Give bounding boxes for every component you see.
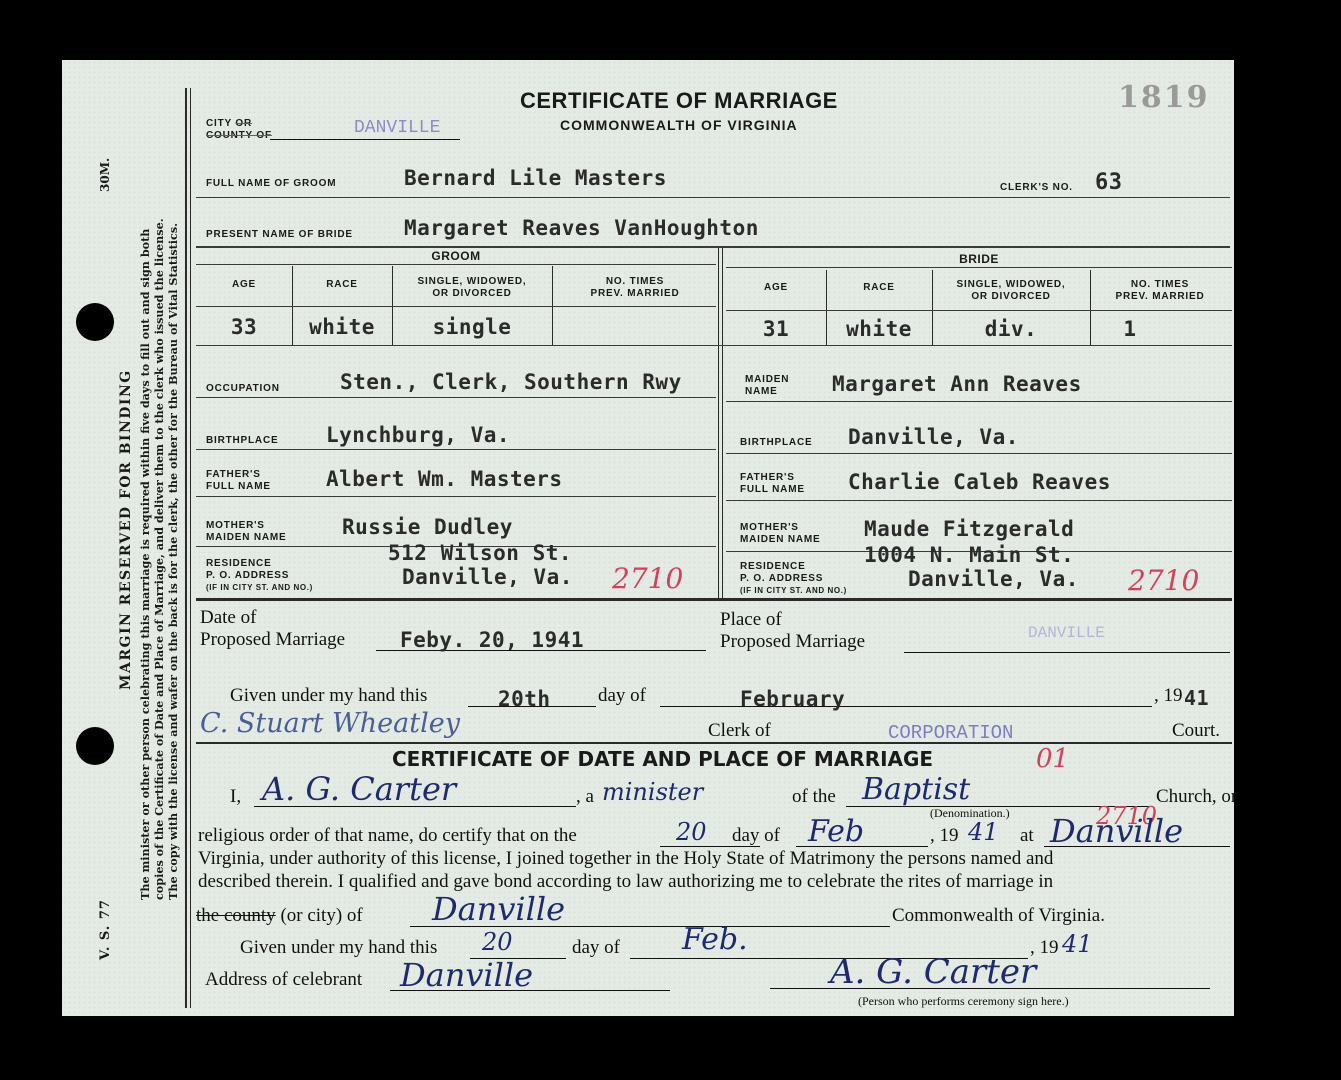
groom-mother-label-2: Maiden Name <box>206 532 286 543</box>
groom-mother-value: Russie Dudley <box>342 515 513 539</box>
margin-instruction-1: The minister or other person celebrating… <box>138 229 152 900</box>
groom-col-status: Single, Widowed, <box>418 276 527 287</box>
ceremony-day: 20 <box>676 818 707 846</box>
ceremony-heading: Certificate of Date and Place of Marriag… <box>392 747 933 771</box>
center-divider <box>722 248 723 600</box>
rule <box>726 401 1232 402</box>
rule <box>196 397 716 398</box>
commonwealth-label: Commonwealth of Virginia. <box>892 905 1105 927</box>
bride-father-value: Charlie Caleb Reaves <box>848 470 1111 494</box>
maiden-name-label: Maiden <box>745 374 789 385</box>
groom-race: white <box>292 315 392 339</box>
section-rule <box>196 742 1232 744</box>
clerk-year-prefix: , 19 <box>1154 685 1183 707</box>
groom-col-times-2: Prev. Married <box>591 288 680 299</box>
celebrant-address: Danville <box>400 956 533 994</box>
groom-father-label-2: Full Name <box>206 481 271 492</box>
rule <box>726 267 1232 268</box>
bride-col-status-2: or Divorced <box>971 291 1050 302</box>
center-divider <box>718 248 719 600</box>
bride-mother-label-2: Maiden Name <box>740 534 820 545</box>
ceremony-red-mark: 01 <box>1036 744 1069 774</box>
rule <box>196 306 716 307</box>
bride-col-times-2: Prev. Married <box>1116 291 1205 302</box>
groom-father-label: Father's <box>206 469 261 480</box>
proposed-place-stamp: DANVILLE <box>1028 624 1105 642</box>
ceremony-line3: Virginia, under authority of this licens… <box>198 848 1053 870</box>
groom-residence-code: 2710 <box>612 562 683 595</box>
groom-name-value: Bernard Lile Masters <box>404 166 667 190</box>
maiden-name-value: Margaret Ann Reaves <box>832 372 1082 396</box>
bride-times-married: 1 <box>1090 317 1170 341</box>
ceremony-year-prefix: 19 <box>940 825 959 846</box>
ceremony-year: 41 <box>968 818 999 846</box>
margin-rule <box>185 88 187 1008</box>
groom-heading: Groom <box>196 249 716 263</box>
groom-col-status-2: or Divorced <box>432 288 511 299</box>
margin-instruction-2: copies of the Certificate of Date and Pl… <box>152 218 166 900</box>
ceremony-given-day: 20 <box>482 928 513 956</box>
groom-residence-label-2: P. O. Address <box>206 570 289 581</box>
form-code: V. S. 77 <box>98 899 113 960</box>
rule <box>726 453 1232 454</box>
groom-age: 33 <box>196 315 292 339</box>
ceremony-line2: religious order of that name, do certify… <box>198 825 577 847</box>
groom-birthplace-value: Lynchburg, Va. <box>326 423 510 447</box>
groom-col-age: Age <box>196 279 292 291</box>
city-label: City or County of <box>206 118 272 142</box>
bride-birthplace-value: Danville, Va. <box>848 425 1019 449</box>
rule <box>196 496 716 497</box>
groom-residence-street: 512 Wilson St. <box>388 541 572 565</box>
underline <box>904 652 1230 653</box>
groom-mother-label: Mother's <box>206 520 265 531</box>
maiden-name-label-2: Name <box>745 386 778 397</box>
signature-caption: (Person who performs ceremony sign here.… <box>858 994 1069 1009</box>
clerk-given-day: 20th <box>498 687 551 711</box>
struck-county: the county <box>196 905 276 926</box>
ceremony-given-year: 41 <box>1062 930 1093 958</box>
occupation-label: Occupation <box>206 383 280 395</box>
punch-hole <box>76 303 114 341</box>
church-or-label: Church, or <box>1156 786 1237 808</box>
court-label: Court. <box>1172 720 1220 742</box>
bride-residence-label: Residence <box>740 561 806 572</box>
ceremony-day-of: day of <box>732 825 780 847</box>
bride-residence-label-2: P. O. Address <box>740 573 823 584</box>
bride-residence-note: (If in city st. and no.) <box>740 586 847 595</box>
proposed-date-label: Date of <box>200 607 256 628</box>
rule <box>726 500 1232 501</box>
bride-status: div. <box>932 317 1090 341</box>
bride-name-label: Present Name of Bride <box>206 229 353 241</box>
ceremony-given-year-prefix: 19 <box>1040 937 1059 958</box>
ceremony-place: Danville <box>1050 812 1183 850</box>
clerk-given-month: February <box>740 687 845 711</box>
rule <box>196 345 1232 346</box>
groom-col-times: No. Times <box>606 276 664 287</box>
clerk-no-label: Clerk's No. <box>1000 182 1073 194</box>
rule <box>196 449 716 450</box>
bride-mother-value: Maude Fitzgerald <box>864 517 1074 541</box>
ceremony-given-month: Feb. <box>682 922 748 957</box>
denomination-value: Baptist <box>862 772 970 807</box>
clerk-of-label: Clerk of <box>708 720 771 742</box>
margin-heading: MARGIN RESERVED FOR BINDING <box>118 369 134 690</box>
bride-race: white <box>826 317 932 341</box>
bride-mother-label: Mother's <box>740 522 799 533</box>
groom-name-label: Full Name of Groom <box>206 178 336 190</box>
groom-residence-city: Danville, Va. <box>402 565 573 589</box>
section-rule <box>196 598 1232 601</box>
bride-father-label-2: Full Name <box>740 484 805 495</box>
punch-hole <box>76 727 114 765</box>
bride-col-status: Single, Widowed, <box>957 279 1066 290</box>
print-run: 30M. <box>98 158 112 192</box>
city-underline <box>270 139 460 140</box>
page-title: Certificate of Marriage <box>520 88 838 114</box>
ceremony-i-label: I, <box>230 786 241 808</box>
groom-father-value: Albert Wm. Masters <box>326 467 563 491</box>
serial-number: 1819 <box>1118 80 1210 115</box>
rule <box>196 264 716 265</box>
year-prefix: 19 <box>1164 685 1183 706</box>
occupation-value: Sten., Clerk, Southern Rwy <box>340 370 682 394</box>
proposed-date-value: Feby. 20, 1941 <box>400 628 584 652</box>
bride-residence-street: 1004 N. Main St. <box>864 543 1074 567</box>
bride-name-value: Margaret Reaves VanHoughton <box>404 216 759 240</box>
bride-col-race: Race <box>826 282 932 294</box>
bride-heading: Bride <box>726 252 1232 266</box>
proposed-place-label-2: Proposed Marriage <box>720 631 865 652</box>
officiant-name: A. G. Carter <box>262 770 456 808</box>
proposed-place-label: Place of <box>720 609 782 630</box>
court-stamp: CORPORATION <box>888 722 1013 744</box>
ceremony-line4: described therein. I qualified and gave … <box>198 871 1053 893</box>
groom-birthplace-label: Birthplace <box>206 435 278 447</box>
page-subtitle: Commonwealth of Virginia <box>560 117 798 133</box>
clerk-year-suffix: 41 <box>1184 686 1209 710</box>
margin-rule <box>190 88 191 1008</box>
ceremony-at: at <box>1020 825 1034 847</box>
city-stamp: DANVILLE <box>354 118 440 138</box>
clerk-no-value: 63 <box>1095 170 1123 195</box>
rule <box>196 197 1230 198</box>
officiant-signature: A. G. Carter <box>830 952 1036 992</box>
groom-residence-label: Residence <box>206 558 272 569</box>
clerk-given-text: Given under my hand this <box>230 685 427 707</box>
bride-birthplace-label: Birthplace <box>740 437 812 449</box>
ceremony-given-day-of: day of <box>572 937 620 959</box>
underline <box>660 706 1152 707</box>
groom-residence-note: (If in city st. and no.) <box>206 583 313 592</box>
ceremony-of-the: of the <box>792 786 836 808</box>
clerk-signature: C. Stuart Wheatley <box>200 708 460 739</box>
margin-instruction-3: The copy with the license and wafer on t… <box>166 223 180 900</box>
officiant-role: minister <box>602 778 703 806</box>
groom-status: single <box>392 315 552 339</box>
ceremony-city: Danville <box>432 890 565 928</box>
bride-residence-city: Danville, Va. <box>908 567 1079 591</box>
clerk-day-of: day of <box>598 685 646 707</box>
ceremony-a-label: , a <box>576 786 594 808</box>
bride-col-times: No. Times <box>1131 279 1189 290</box>
bride-age: 31 <box>726 317 826 341</box>
rule <box>196 246 1230 248</box>
groom-col-race: Race <box>292 279 392 291</box>
bride-col-age: Age <box>726 282 826 294</box>
proposed-date-label-2: Proposed Marriage <box>200 629 345 650</box>
bride-father-label: Father's <box>740 472 795 483</box>
bride-residence-code: 2710 <box>1128 564 1199 597</box>
or-city-label: (or city) of <box>280 905 362 926</box>
ceremony-month: Feb <box>808 814 864 849</box>
celebrant-address-label: Address of celebrant <box>205 969 362 991</box>
rule <box>726 310 1232 311</box>
